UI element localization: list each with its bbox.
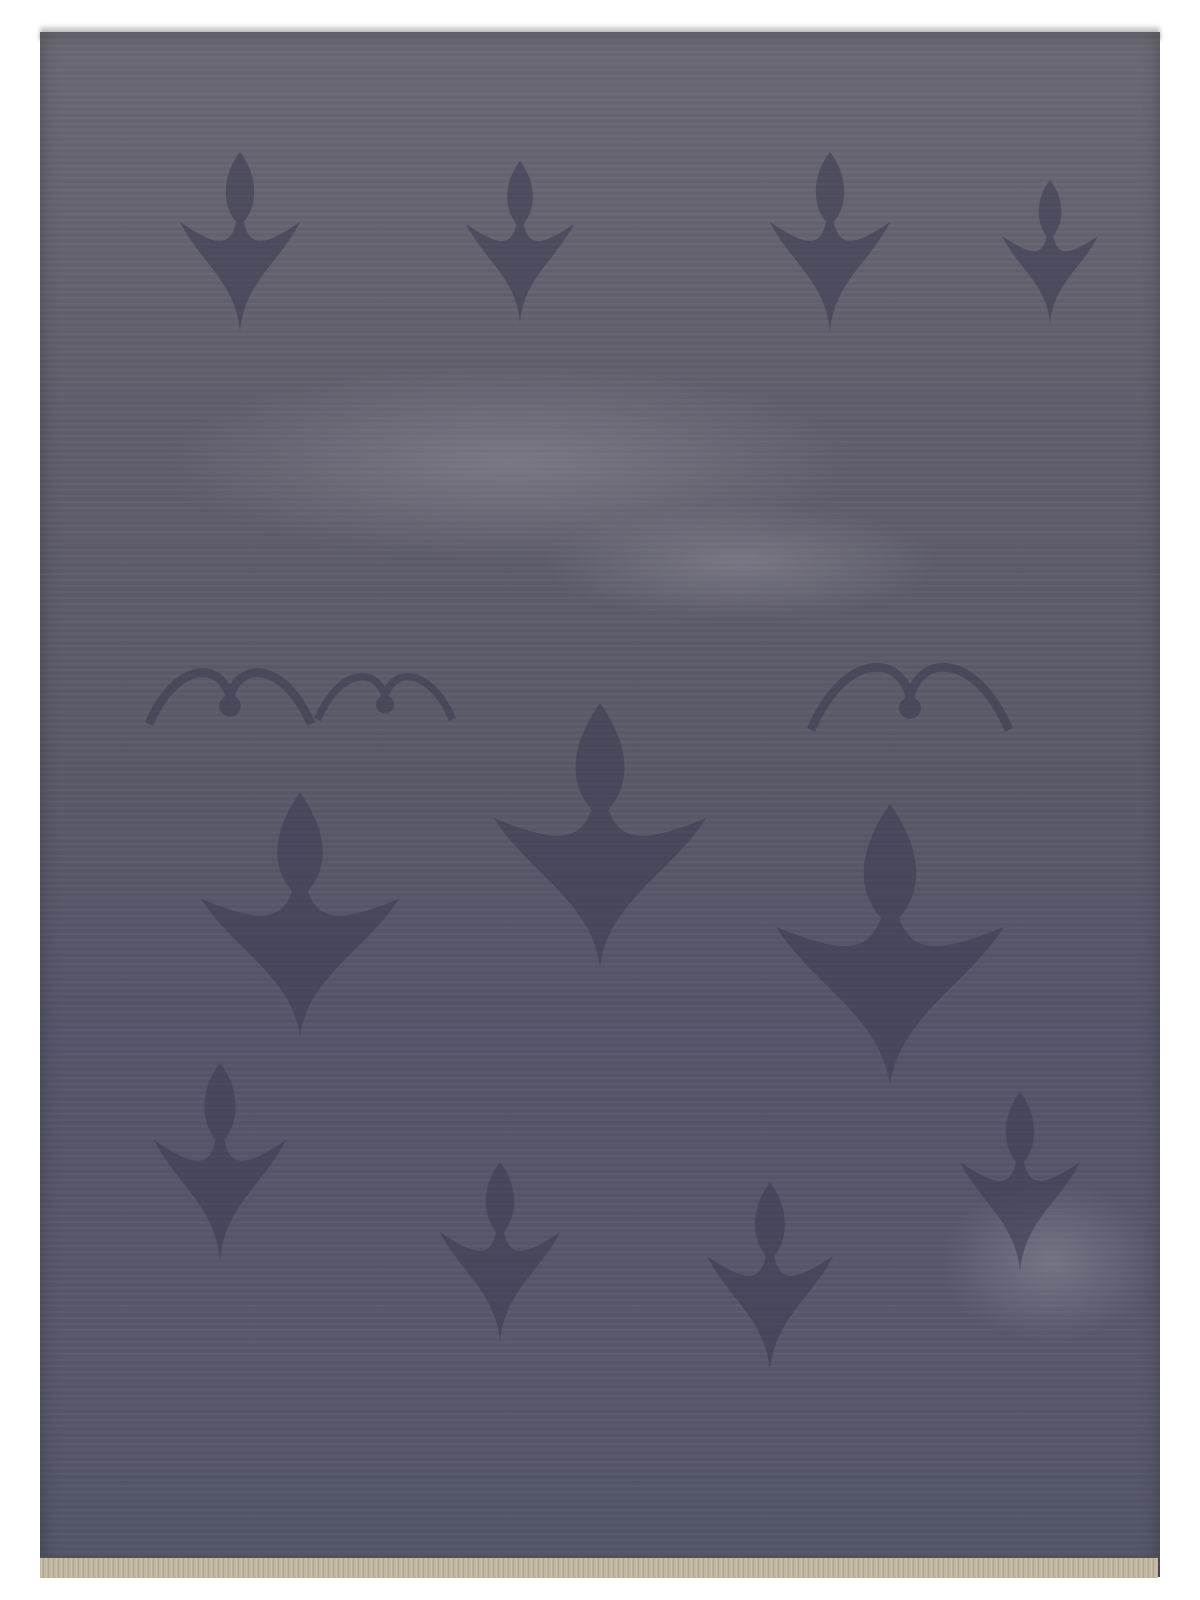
damask-motif-icon <box>170 772 430 1052</box>
damask-motif-icon <box>420 152 620 332</box>
damask-scroll-icon <box>760 642 1060 752</box>
rug <box>40 32 1160 1577</box>
damask-motif-icon <box>660 1172 880 1382</box>
damask-motif-icon <box>720 142 940 342</box>
damask-motif-icon <box>920 1082 1120 1282</box>
damask-motif-icon <box>460 682 740 982</box>
damask-motif-icon <box>130 142 350 342</box>
damask-motif-icon <box>100 1052 340 1272</box>
rug-fringe <box>40 1556 1158 1578</box>
damask-scroll-icon <box>140 652 320 742</box>
damask-motif-icon <box>970 172 1130 332</box>
rug-photo <box>0 0 1200 1600</box>
damask-scroll-icon <box>310 652 460 742</box>
damask-motif-icon <box>400 1152 600 1352</box>
damask-motif-icon <box>740 792 1040 1092</box>
rug-sheen <box>540 502 940 622</box>
